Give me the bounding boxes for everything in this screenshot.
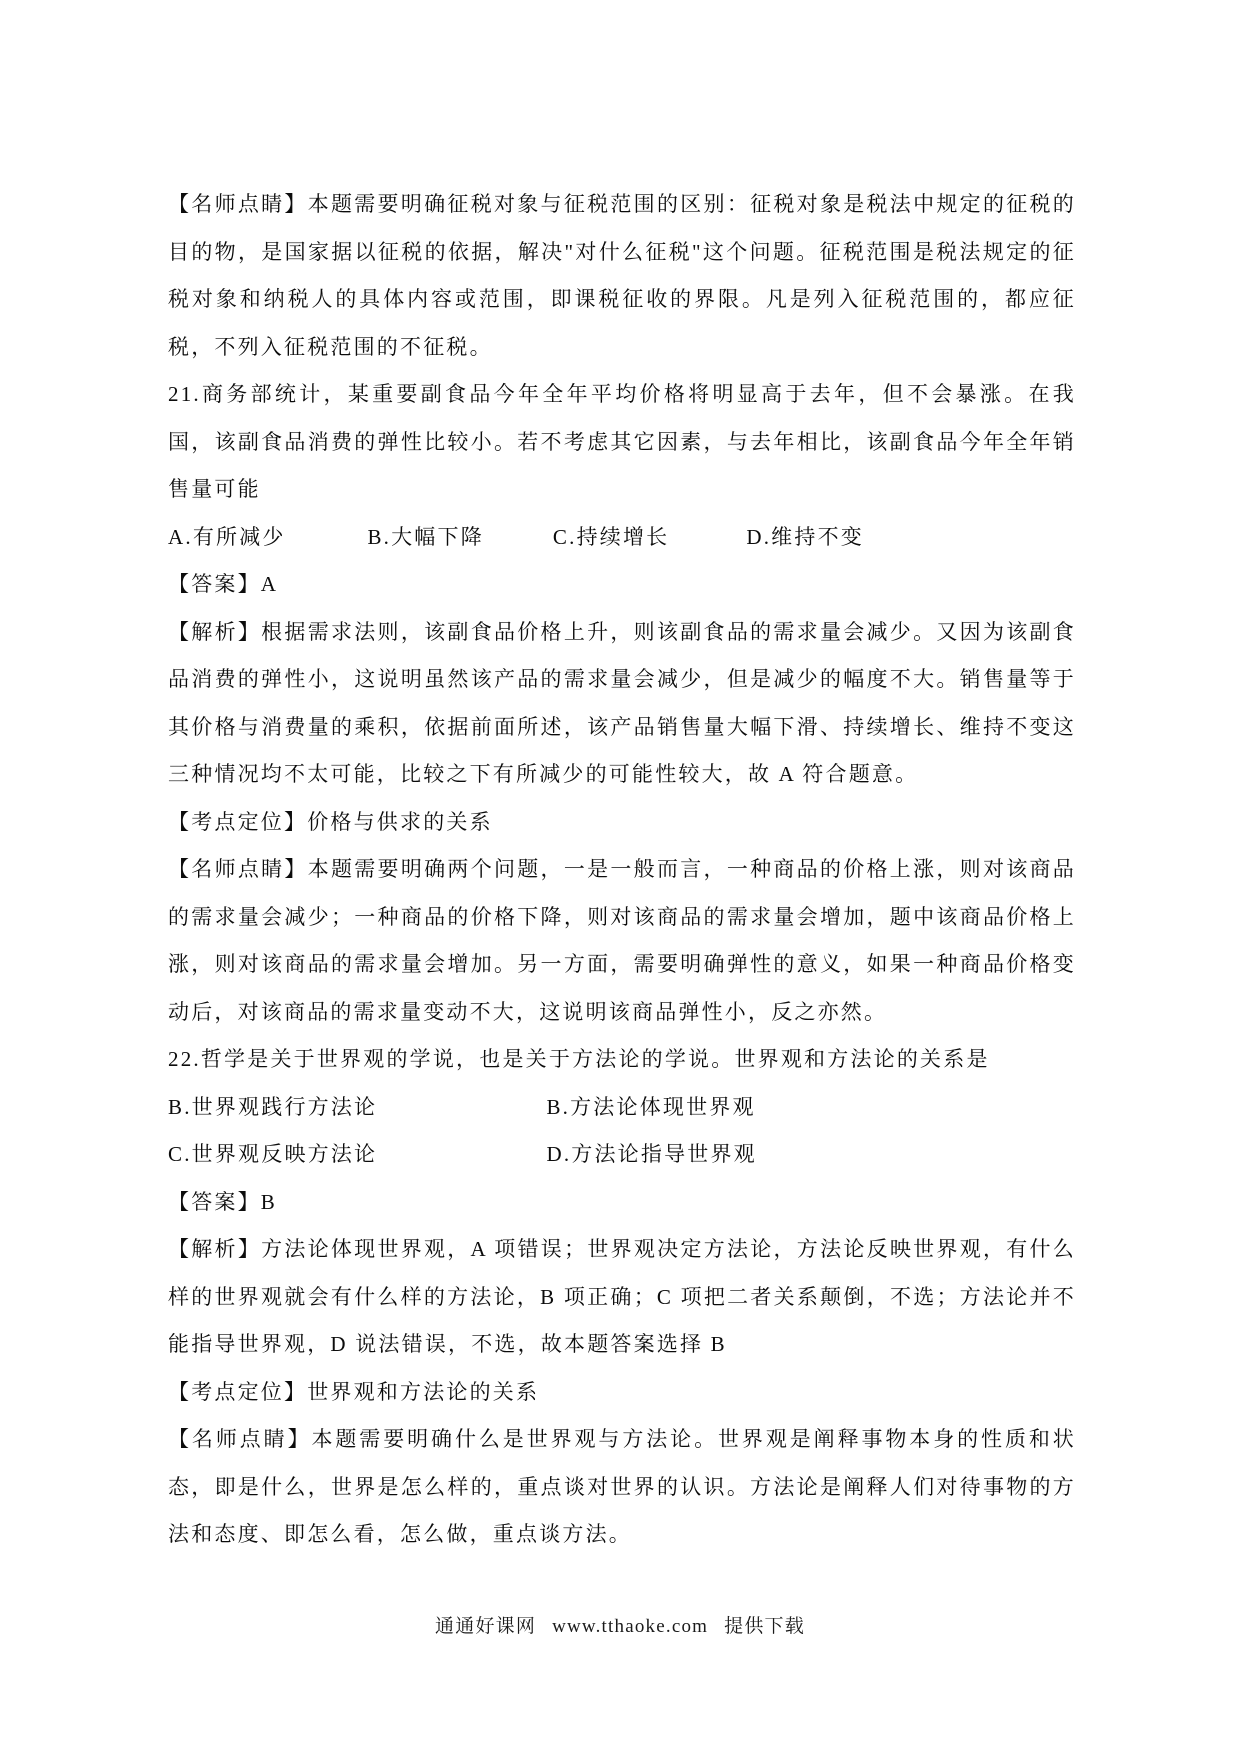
q22-teacher-tip-paragraph: 【名师点睛】本题需要明确什么是世界观与方法论。世界观是阐释事物本身的性质和状态，…	[168, 1416, 1076, 1559]
page-footer: 通通好课网www.tthaoke.com提供下载	[0, 1612, 1240, 1642]
question-21-options-row: A.有所减少 B.大幅下降 C.持续增长 D.维持不变	[168, 514, 1076, 562]
q22-option-c: C.世界观反映方法论	[168, 1131, 539, 1179]
q21-option-c: C.持续增长	[553, 514, 739, 562]
document-page: 【名师点睛】本题需要明确征税对象与征税范围的区别：征税对象是税法中规定的征税的目…	[0, 0, 1240, 1754]
footer-download-note: 提供下载	[724, 1616, 805, 1637]
q21-teacher-tip-paragraph: 【名师点睛】本题需要明确两个问题，一是一般而言，一种商品的价格上涨，则对该商品的…	[168, 846, 1076, 1036]
q21-option-a: A.有所减少	[168, 514, 360, 562]
q21-exam-point-line: 【考点定位】价格与供求的关系	[168, 799, 1076, 847]
q22-option-d: D.方法论指导世界观	[546, 1131, 756, 1179]
document-content: 【名师点睛】本题需要明确征税对象与征税范围的区别：征税对象是税法中规定的征税的目…	[168, 181, 1076, 1559]
q21-option-b: B.大幅下降	[367, 514, 545, 562]
footer-site-name: 通通好课网	[435, 1616, 536, 1637]
question-22-stem: 22.哲学是关于世界观的学说，也是关于方法论的学说。世界观和方法论的关系是	[168, 1036, 1076, 1084]
q22-answer-line: 【答案】B	[168, 1179, 1076, 1227]
footer-site-url: www.tthaoke.com	[552, 1616, 708, 1637]
q21-answer-line: 【答案】A	[168, 561, 1076, 609]
question-22-options-row-2: C.世界观反映方法论 D.方法论指导世界观	[168, 1131, 1076, 1179]
question-21-stem: 21.商务部统计，某重要副食品今年全年平均价格将明显高于去年，但不会暴涨。在我国…	[168, 371, 1076, 514]
q22-exam-point-line: 【考点定位】世界观和方法论的关系	[168, 1369, 1076, 1417]
q22-analysis-paragraph: 【解析】方法论体现世界观，A 项错误；世界观决定方法论，方法论反映世界观，有什么…	[168, 1226, 1076, 1369]
q21-analysis-paragraph: 【解析】根据需求法则，该副食品价格上升，则该副食品的需求量会减少。又因为该副食品…	[168, 609, 1076, 799]
q21-option-d: D.维持不变	[746, 514, 864, 562]
q20-teacher-tip-paragraph: 【名师点睛】本题需要明确征税对象与征税范围的区别：征税对象是税法中规定的征税的目…	[168, 181, 1076, 371]
q22-option-b2: B.方法论体现世界观	[546, 1084, 755, 1132]
q22-option-b1: B.世界观践行方法论	[168, 1084, 539, 1132]
question-22-options-row-1: B.世界观践行方法论 B.方法论体现世界观	[168, 1084, 1076, 1132]
